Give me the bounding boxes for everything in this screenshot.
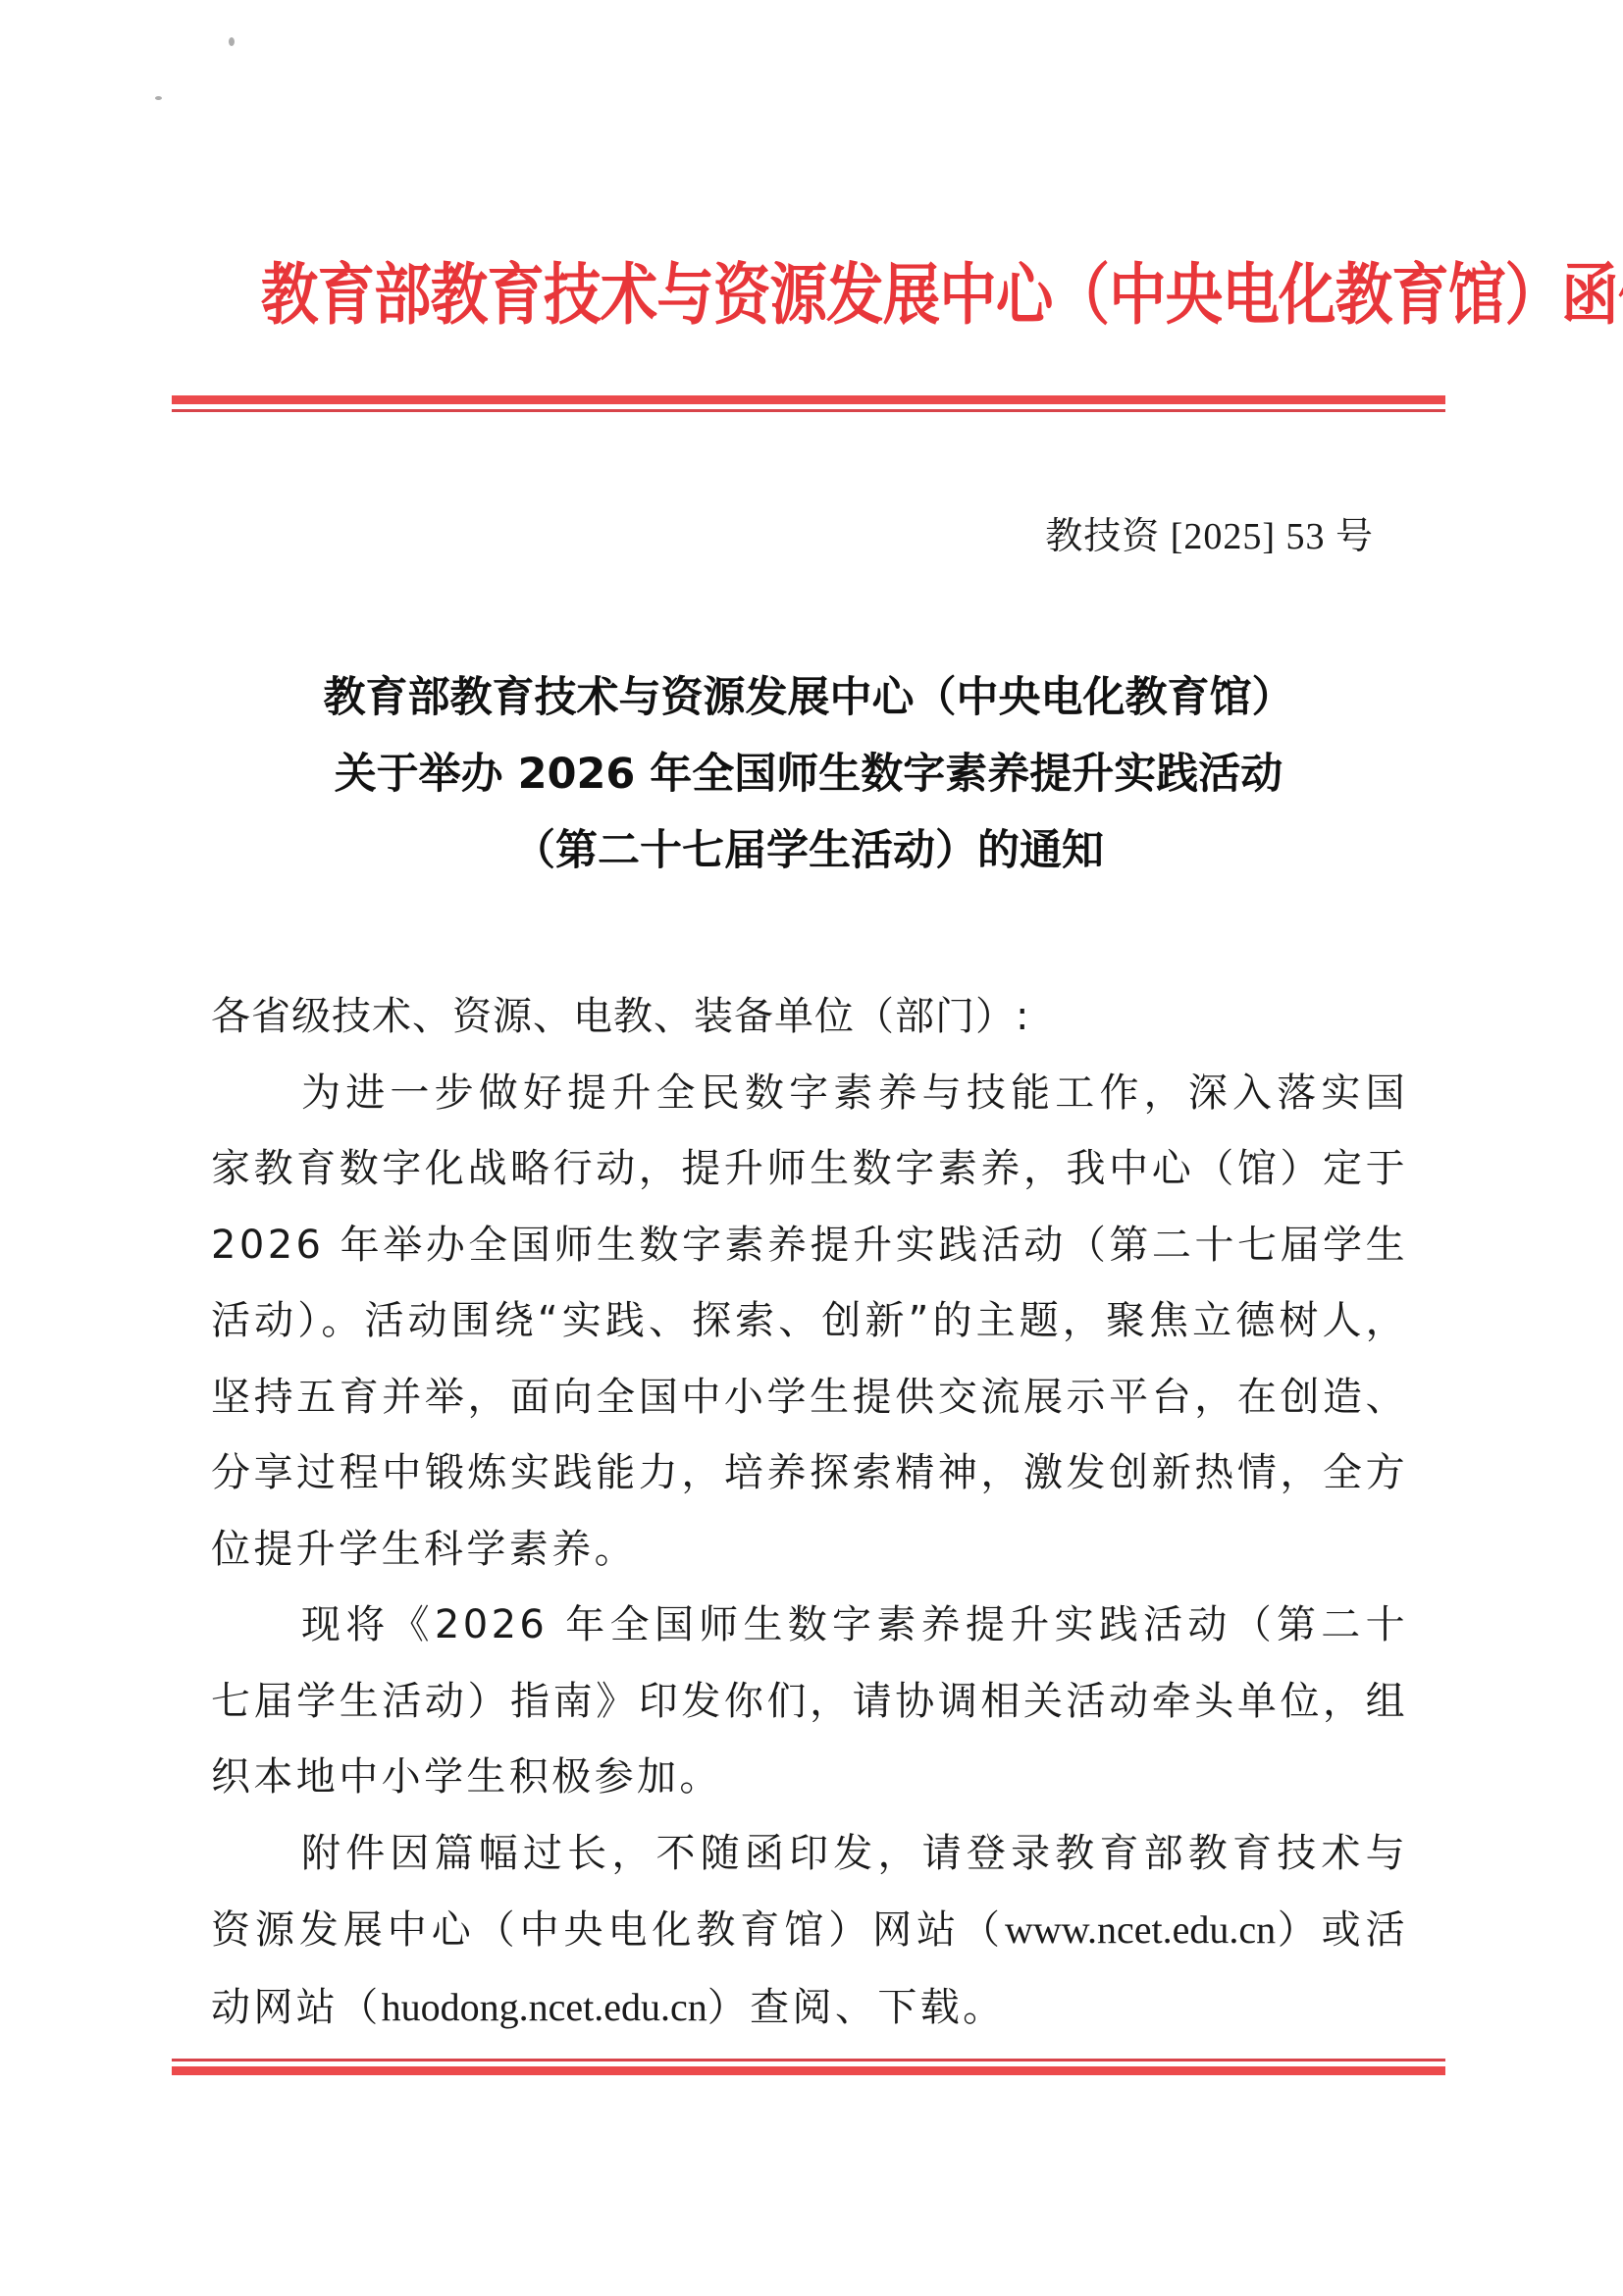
title-line-2: 关于举办 2026 年全国师生数字素养提升实践活动	[172, 736, 1445, 812]
footer-rule-thin	[172, 2059, 1445, 2061]
title-line-3: （第二十七届学生活动）的通知	[172, 812, 1445, 889]
paragraph-intro: 为进一步做好提升全民数字素养与技能工作，深入落实国家教育数字化战略行动，提升师生…	[211, 1056, 1408, 1589]
document-title: 教育部教育技术与资源发展中心（中央电化教育馆） 关于举办 2026 年全国师生数…	[172, 659, 1445, 889]
document-number: 教技资 [2025] 53 号	[1045, 512, 1374, 561]
document-body: 各省级技术、资源、电教、装备单位（部门）: 为进一步做好提升全民数字素养与技能工…	[211, 979, 1408, 2046]
scan-speck	[155, 96, 162, 100]
attachment-text-3: ）查阅、下载。	[707, 1985, 1006, 2030]
footer-rule-thick	[172, 2066, 1445, 2075]
letterhead-rule-thin	[172, 409, 1445, 412]
paragraph-guide: 现将《2026 年全国师生数字素养提升实践活动（第二十七届学生活动）指南》印发你…	[211, 1588, 1408, 1816]
letterhead-title: 教育部教育技术与资源发展中心（中央电化教育馆）函件	[261, 257, 1356, 336]
scan-speck	[229, 37, 235, 46]
activity-website-link[interactable]: huodong.ncet.edu.cn	[382, 1985, 707, 2029]
title-line-1: 教育部教育技术与资源发展中心（中央电化教育馆）	[172, 659, 1445, 736]
paragraph-attachment: 附件因篇幅过长，不随函印发，请登录教育部教育技术与资源发展中心（中央电化教育馆）…	[211, 1816, 1408, 2047]
ncet-website-link[interactable]: www.ncet.edu.cn	[1005, 1907, 1276, 1952]
salutation: 各省级技术、资源、电教、装备单位（部门）:	[211, 979, 1408, 1056]
letterhead-rule-thick	[172, 395, 1445, 404]
